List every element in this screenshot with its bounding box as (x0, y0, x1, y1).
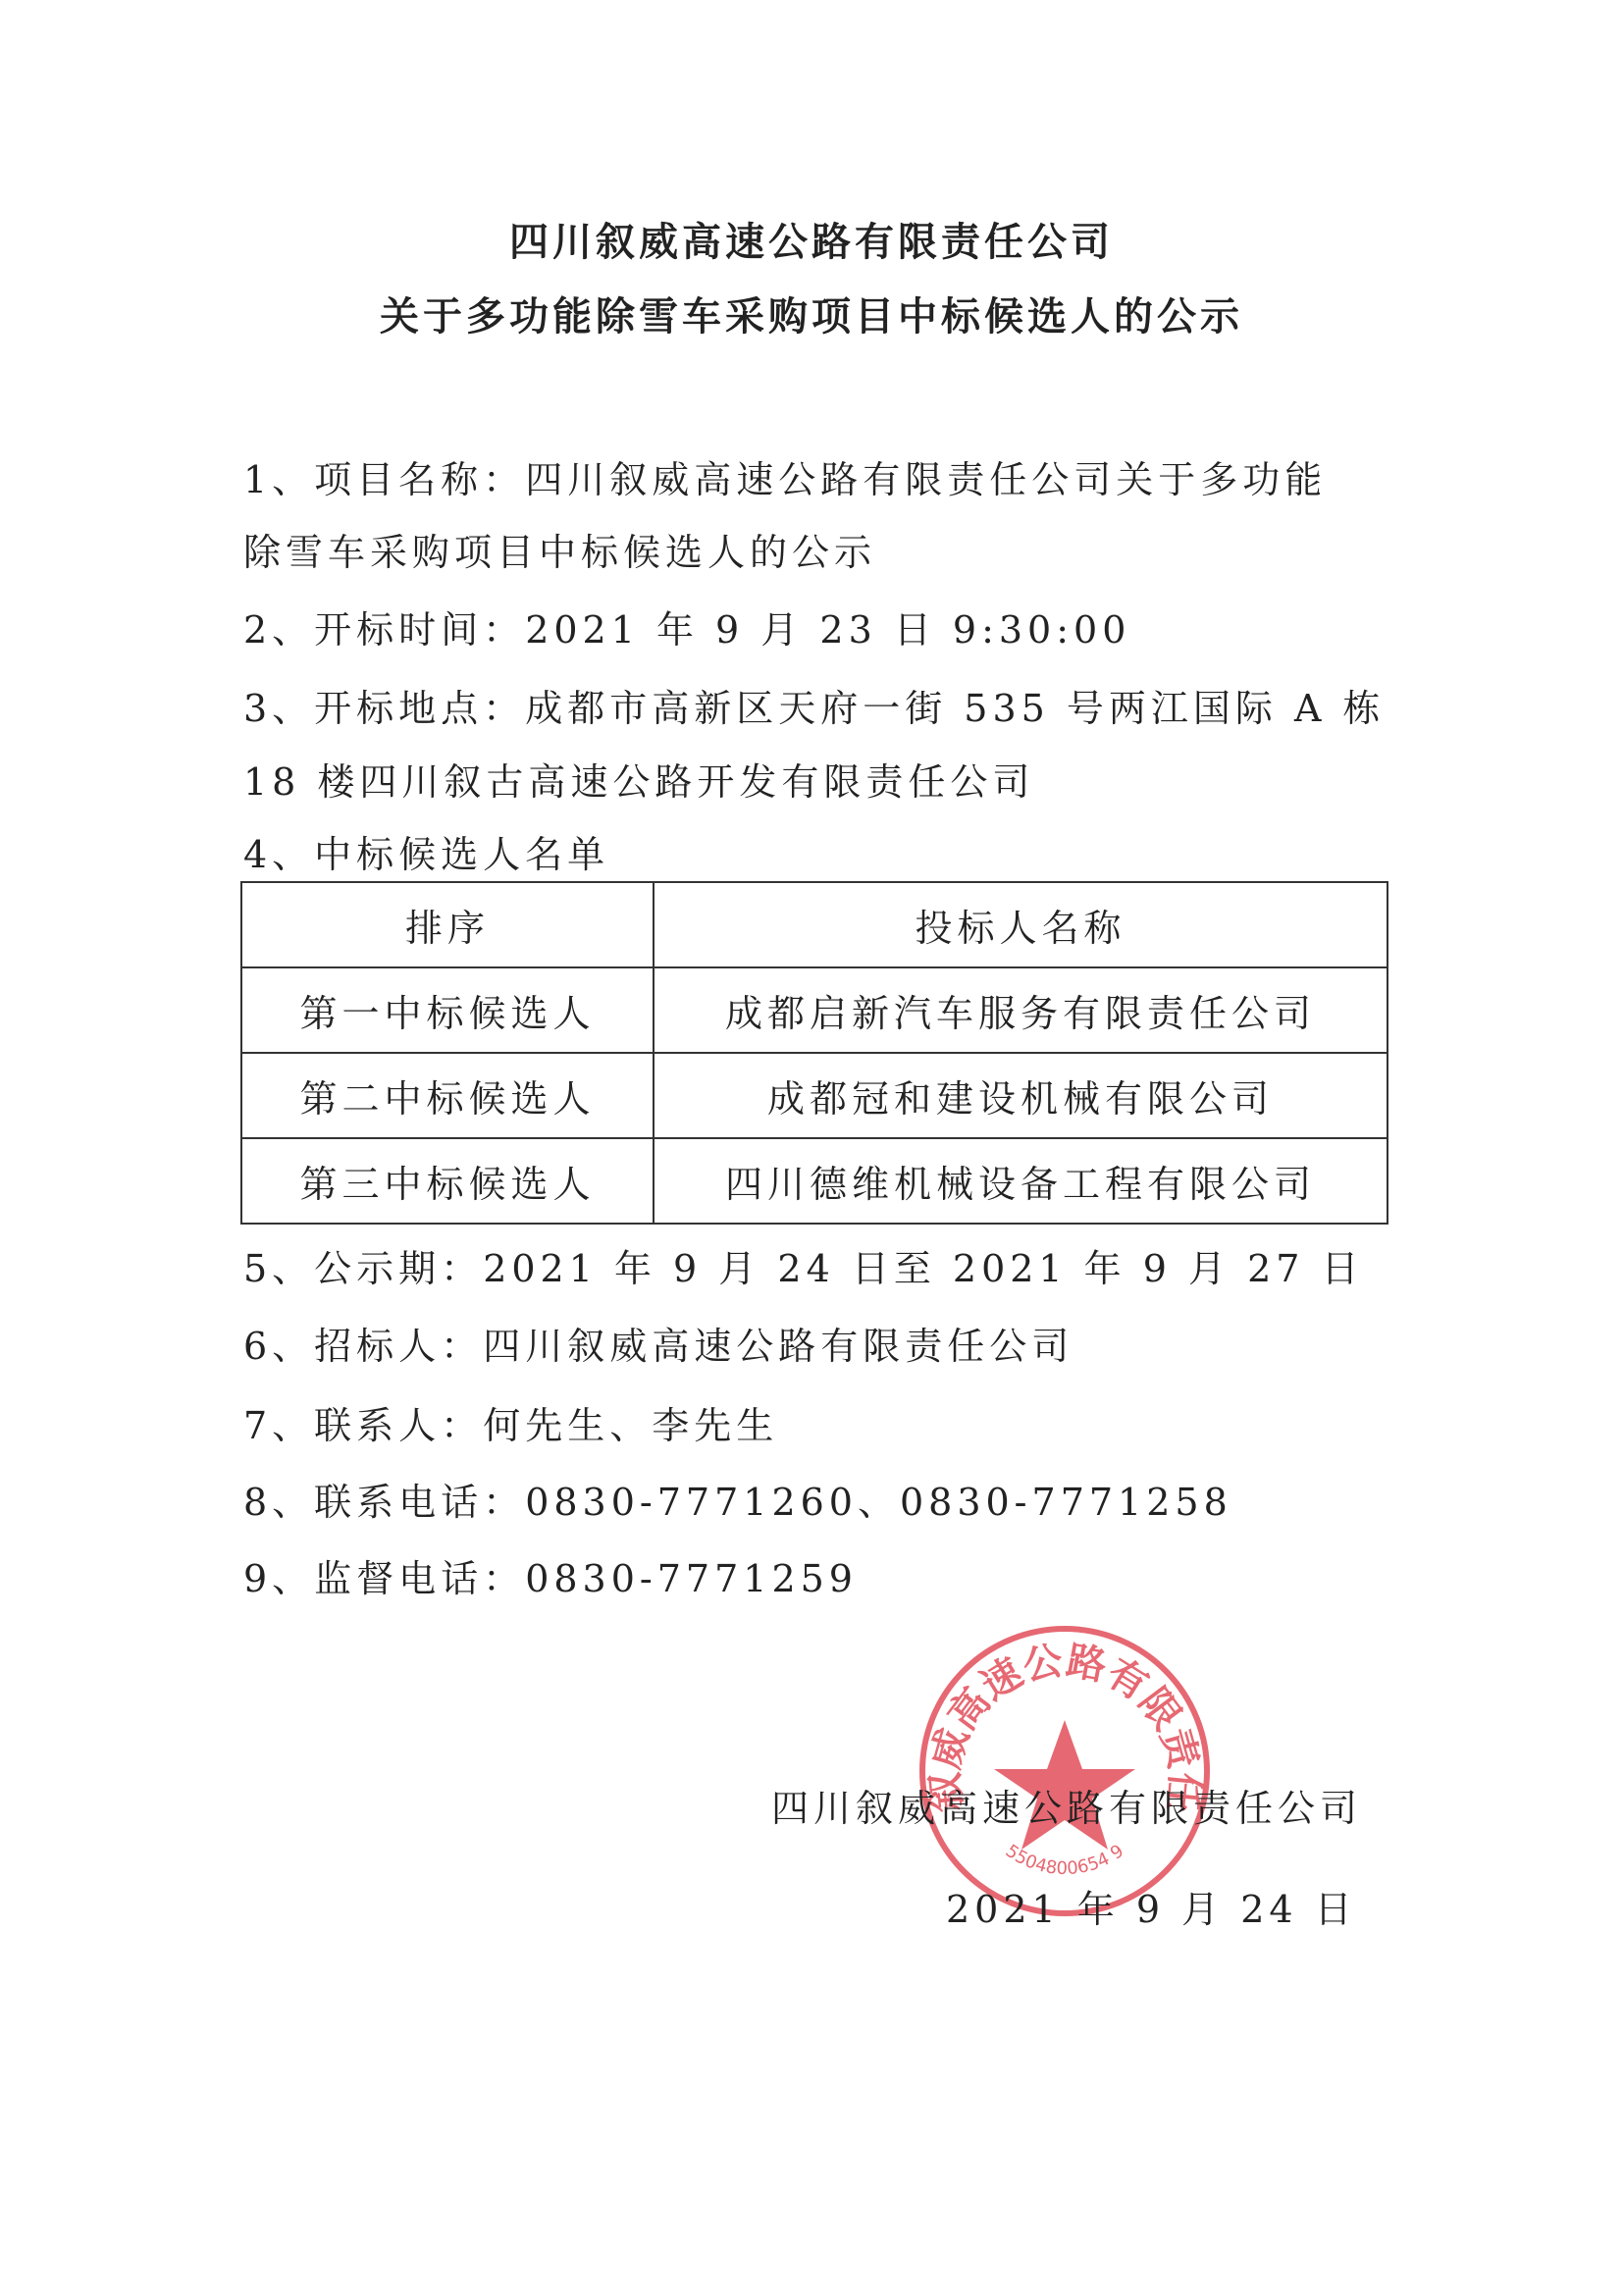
item-contact-person: 7、联系人：何先生、李先生 (243, 1401, 778, 1450)
document-title-line2: 关于多功能除雪车采购项目中标候选人的公示 (0, 292, 1623, 341)
table-header-row: 排序 投标人名称 (241, 882, 1387, 967)
header-rank: 排序 (241, 882, 654, 967)
item-opening-location-cont: 18 楼四川叙古高速公路开发有限责任公司 (243, 757, 1034, 807)
item-project-name: 1、项目名称：四川叙威高速公路有限责任公司关于多功能 (243, 455, 1327, 504)
item-label: 8、联系电话： (243, 1481, 525, 1524)
company-seal-icon: 四川叙威高速公路有限责任公司 5504800654 9 (917, 1624, 1212, 1918)
item-value: 何先生、李先生 (483, 1404, 778, 1447)
item-value: 2021 年 9 月 24 日至 2021 年 9 月 27 日 (483, 1247, 1363, 1290)
item-value: 0830-7771259 (525, 1557, 858, 1600)
item-tenderer: 6、招标人：四川叙威高速公路有限责任公司 (243, 1322, 1073, 1371)
item-value: 18 楼四川叙古高速公路开发有限责任公司 (243, 760, 1034, 804)
item-candidate-list-heading: 4、中标候选人名单 (243, 830, 609, 879)
item-opening-time: 2、开标时间：2021 年 9 月 23 日 9:30:00 (243, 605, 1130, 654)
item-contact-phone: 8、联系电话：0830-7771260、0830-7771258 (243, 1478, 1232, 1527)
item-label: 7、联系人： (243, 1404, 483, 1447)
cell-bidder: 四川德维机械设备工程有限公司 (654, 1138, 1387, 1224)
item-value: 四川叙威高速公路有限责任公司 (483, 1325, 1073, 1368)
item-value: 除雪车采购项目中标候选人的公示 (243, 531, 876, 574)
item-opening-location: 3、开标地点：成都市高新区天府一街 535 号两江国际 A 栋 (243, 684, 1385, 733)
document-title-line1: 四川叙威高速公路有限责任公司 (0, 218, 1623, 267)
item-label: 3、开标地点： (243, 687, 525, 730)
item-label: 1、项目名称： (243, 458, 525, 501)
table-row: 第二中标候选人 成都冠和建设机械有限公司 (241, 1053, 1387, 1138)
item-notice-period: 5、公示期：2021 年 9 月 24 日至 2021 年 9 月 27 日 (243, 1244, 1364, 1293)
table-row: 第三中标候选人 四川德维机械设备工程有限公司 (241, 1138, 1387, 1224)
item-project-name-cont: 除雪车采购项目中标候选人的公示 (243, 528, 876, 577)
cell-bidder: 成都启新汽车服务有限责任公司 (654, 967, 1387, 1053)
table-row: 第一中标候选人 成都启新汽车服务有限责任公司 (241, 967, 1387, 1053)
item-label: 2、开标时间： (243, 608, 525, 652)
item-label: 9、监督电话： (243, 1557, 525, 1600)
svg-text:5504800654 9: 5504800654 9 (1002, 1841, 1127, 1879)
item-supervision-phone: 9、监督电话：0830-7771259 (243, 1554, 858, 1603)
cell-rank: 第三中标候选人 (241, 1138, 654, 1224)
cell-bidder: 成都冠和建设机械有限公司 (654, 1053, 1387, 1138)
item-value: 0830-7771260、0830-7771258 (525, 1481, 1232, 1524)
item-label: 5、公示期： (243, 1247, 483, 1290)
header-bidder-name: 投标人名称 (654, 882, 1387, 967)
signature-company: 四川叙威高速公路有限责任公司 (771, 1784, 1362, 1833)
item-value: 2021 年 9 月 23 日 9:30:00 (525, 608, 1130, 652)
item-value: 四川叙威高速公路有限责任公司关于多功能 (525, 458, 1327, 501)
seal-code: 5504800654 9 (1002, 1841, 1127, 1879)
item-label: 6、招标人： (243, 1325, 483, 1368)
candidate-table: 排序 投标人名称 第一中标候选人 成都启新汽车服务有限责任公司 第二中标候选人 … (240, 881, 1388, 1225)
signature-date: 2021 年 9 月 24 日 (946, 1885, 1357, 1934)
item-value: 成都市高新区天府一街 535 号两江国际 A 栋 (525, 687, 1385, 730)
item-label: 4、中标候选人名单 (243, 833, 609, 876)
cell-rank: 第二中标候选人 (241, 1053, 654, 1138)
cell-rank: 第一中标候选人 (241, 967, 654, 1053)
